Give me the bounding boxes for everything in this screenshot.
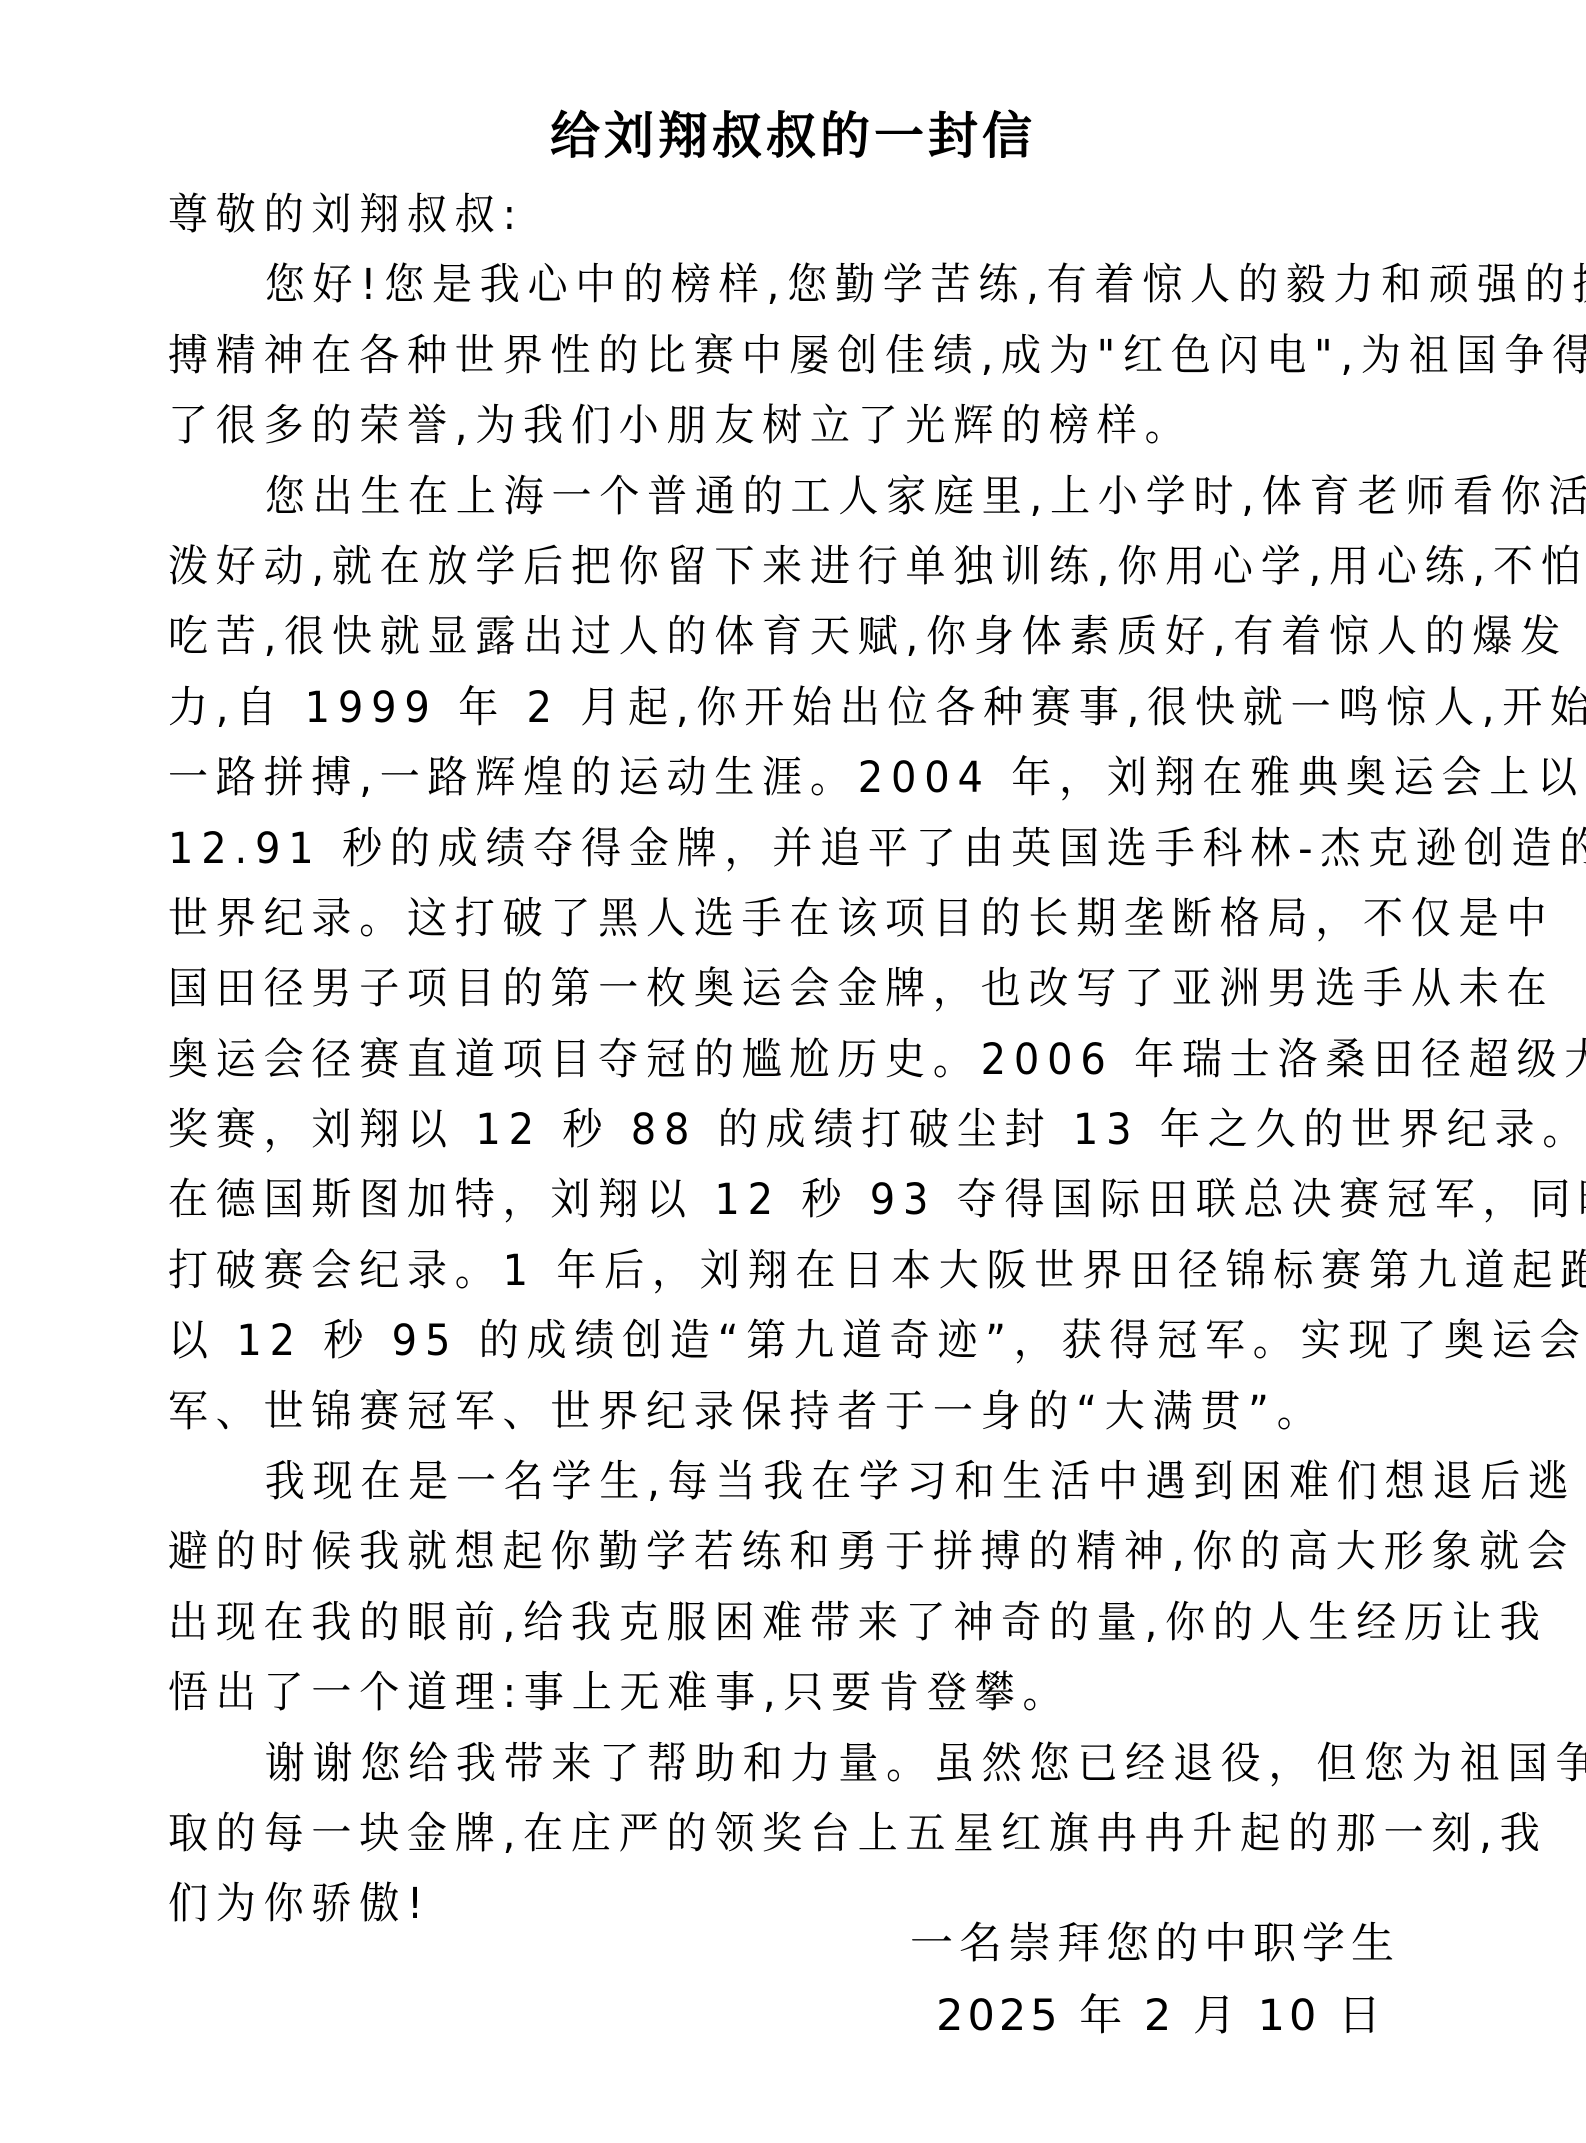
paragraph-line: 奥运会径赛直道项目夺冠的尴尬历史。2006 年瑞士洛桑田径超级大 bbox=[168, 1025, 1332, 1095]
salutation: 尊敬的刘翔叔叔: bbox=[168, 180, 1332, 250]
paragraph-line: 悟出了一个道理:事上无难事,只要肯登攀。 bbox=[168, 1658, 1332, 1728]
paragraph-line: 泼好动,就在放学后把你留下来进行单独训练,你用心学,用心练,不怕 bbox=[168, 532, 1332, 602]
paragraph-line: 避的时候我就想起你勤学若练和勇于拼搏的精神,你的高大形象就会 bbox=[168, 1517, 1332, 1587]
signature: 一名崇拜您的中职学生 bbox=[910, 1912, 1400, 1976]
paragraph-line: 搏精神在各种世界性的比赛中屡创佳绩,成为"红色闪电",为祖国争得 bbox=[168, 321, 1332, 391]
paragraph-line: 您好!您是我心中的榜样,您勤学苦练,有着惊人的毅力和顽强的拼 bbox=[168, 250, 1332, 320]
paragraph-line: 吃苦,很快就显露出过人的体育天赋,你身体素质好,有着惊人的爆发 bbox=[168, 602, 1332, 672]
paragraph-line: 12.91 秒的成绩夺得金牌，并追平了由英国选手科林-杰克逊创造的 bbox=[168, 814, 1332, 884]
letter-date: 2025 年 2 月 10 日 bbox=[936, 1984, 1385, 2048]
paragraph-line: 一路拼搏,一路辉煌的运动生涯。2004 年，刘翔在雅典奥运会上以 bbox=[168, 743, 1332, 813]
paragraph-line: 力,自 1999 年 2 月起,你开始出位各种赛事,很快就一鸣惊人,开始了你 bbox=[168, 673, 1332, 743]
paragraph-line: 打破赛会纪录。1 年后，刘翔在日本大阪世界田径锦标赛第九道起跑， bbox=[168, 1236, 1332, 1306]
paragraph-line: 了很多的荣誉,为我们小朋友树立了光辉的榜样。 bbox=[168, 391, 1332, 461]
paragraph-line: 取的每一块金牌,在庄严的领奖台上五星红旗冉冉升起的那一刻,我 bbox=[168, 1799, 1332, 1869]
paragraph-line: 以 12 秒 95 的成绩创造“第九道奇迹”，获得冠军。实现了奥运会冠 bbox=[168, 1306, 1332, 1376]
paragraph-line: 国田径男子项目的第一枚奥运会金牌，也改写了亚洲男选手从未在 bbox=[168, 954, 1332, 1024]
paragraph-line: 您出生在上海一个普通的工人家庭里,上小学时,体育老师看你活 bbox=[168, 462, 1332, 532]
paragraph-line: 军、世锦赛冠军、世界纪录保持者于一身的“大满贯”。 bbox=[168, 1377, 1332, 1447]
paragraph-line: 世界纪录。这打破了黑人选手在该项目的长期垄断格局，不仅是中 bbox=[168, 884, 1332, 954]
letter-body: 尊敬的刘翔叔叔: 您好!您是我心中的榜样,您勤学苦练,有着惊人的毅力和顽强的拼 … bbox=[168, 180, 1420, 1940]
letter-title: 给刘翔叔叔的一封信 bbox=[0, 104, 1586, 168]
paragraph-line: 出现在我的眼前,给我克服困难带来了神奇的量,你的人生经历让我 bbox=[168, 1588, 1332, 1658]
paragraph-line: 在德国斯图加特，刘翔以 12 秒 93 夺得国际田联总决赛冠军，同时 bbox=[168, 1165, 1332, 1235]
paragraph-line: 我现在是一名学生,每当我在学习和生活中遇到困难们想退后逃 bbox=[168, 1447, 1332, 1517]
paragraph-line: 谢谢您给我带来了帮助和力量。虽然您已经退役，但您为祖国争 bbox=[168, 1729, 1332, 1799]
paragraph-line: 奖赛，刘翔以 12 秒 88 的成绩打破尘封 13 年之久的世界纪录。同年 bbox=[168, 1095, 1332, 1165]
